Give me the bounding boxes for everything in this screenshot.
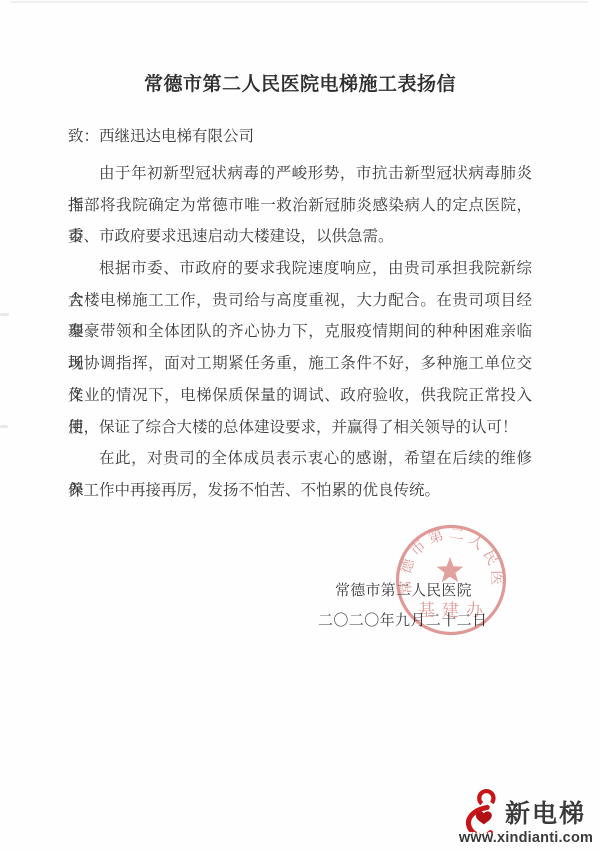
body-line: 委、市政府要求迅速启动大楼建设，以供急需。 bbox=[68, 221, 532, 253]
salutation-line: 致：西继迅达电梯有限公司 bbox=[68, 121, 538, 153]
scan-edge-line bbox=[10, 1, 588, 3]
body-line: 作业的情况下，电梯保质保量的调试、政府验收，供我院正常投入使 bbox=[68, 380, 532, 412]
scan-artifact bbox=[0, 425, 8, 428]
star-icon bbox=[437, 557, 464, 582]
body-line: 场协调指挥，面对工期紧任务重，施工条件不好，多种施工单位交叉 bbox=[68, 348, 532, 380]
watermark-brand-text: 新电梯 bbox=[505, 794, 586, 830]
seal-inner-text: 基建办 bbox=[418, 601, 490, 620]
body-line: 用，保证了综合大楼的总体建设要求，并赢得了相关领导的认可！ bbox=[68, 412, 532, 444]
body-line: 养工作中再接再厉，发扬不怕苦、不怕累的优良传统。 bbox=[68, 475, 532, 507]
page-title: 常德市第二人民医院电梯施工表扬信 bbox=[0, 70, 600, 100]
official-seal: 常德市第二人民医院 基建办 bbox=[394, 523, 508, 637]
watermark-url-text: www.xindianti.com bbox=[452, 830, 600, 846]
body-line: 由于年初新型冠状病毒的严峻形势，市抗击新型冠状病毒肺炎指 bbox=[68, 158, 532, 190]
scan-artifact bbox=[0, 313, 9, 316]
letter-page: 常德市第二人民医院电梯施工表扬信 致：西继迅达电梯有限公司 由于年初新型冠状病毒… bbox=[0, 0, 600, 851]
body-line: 在此，对贵司的全体成员表示衷心的感谢，希望在后续的维修保 bbox=[68, 443, 532, 475]
body-line: 秦豪带领和全体团队的齐心协力下，克服疫情期间的种种困难亲临现 bbox=[68, 316, 532, 348]
body-line: 挥部将我院确定为常德市唯一救治新冠肺炎感染病人的定点医院，市 bbox=[68, 190, 532, 222]
body-line: 大楼电梯施工工作，贵司给与高度重视，大力配合。在贵司项目经理 bbox=[68, 285, 532, 317]
body-line: 根据市委、市政府的要求我院速度响应，由贵司承担我院新综合 bbox=[68, 253, 532, 285]
site-watermark: 新电梯 www.xindianti.com bbox=[452, 786, 600, 849]
body-paragraphs: 由于年初新型冠状病毒的严峻形势，市抗击新型冠状病毒肺炎指挥部将我院确定为常德市唯… bbox=[68, 158, 532, 507]
